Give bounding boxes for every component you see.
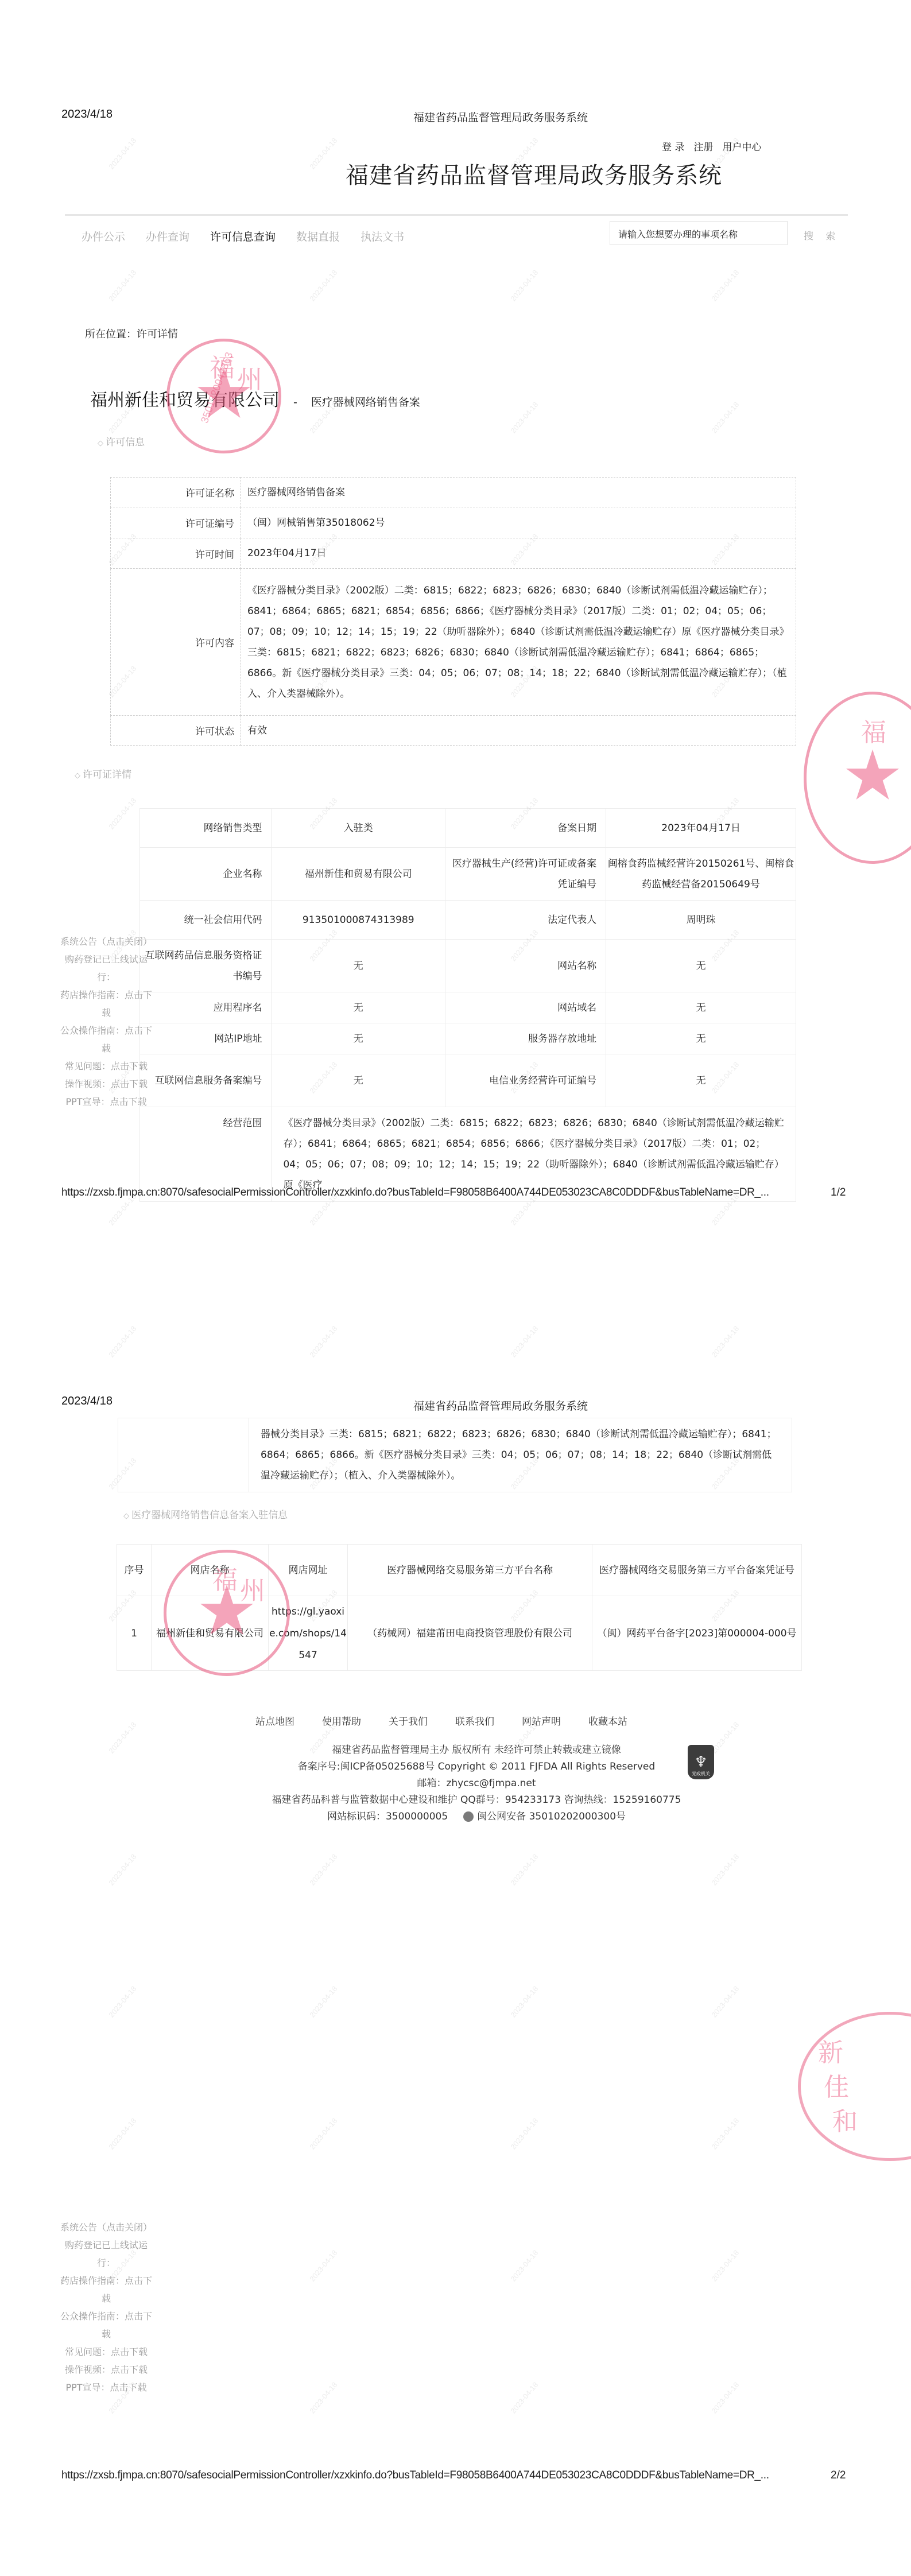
watermark: 2023-04-18 — [710, 400, 741, 435]
credit-code-label: 统一社会信用代码 — [140, 901, 272, 940]
watermark: 2023-04-18 — [710, 2248, 741, 2283]
legal-rep-value: 周明珠 — [606, 901, 796, 940]
domain-value: 无 — [606, 992, 796, 1023]
footer-link-statement[interactable]: 网站声明 — [522, 1713, 561, 1728]
footer-link-bookmark[interactable]: 收藏本站 — [588, 1713, 627, 1728]
watermark: 2023-04-18 — [509, 1984, 540, 2019]
license-date-label: 许可时间 — [111, 538, 241, 569]
company-name: 福州新佳和贸易有限公司 — [90, 386, 280, 411]
license-number-value: （闽）网械销售第35018062号 — [241, 507, 796, 538]
footer-info: 福建省药品监督管理局主办 版权所有 未经许可禁止转载或建立镜像 备案序号:闽IC… — [218, 1742, 735, 1825]
table-row: 许可证名称 医疗器械网络销售备案 — [111, 478, 796, 507]
watermark: 2023-04-18 — [308, 2380, 339, 2415]
watermark: 2023-04-18 — [107, 1720, 138, 1755]
watermark: 2023-04-18 — [509, 268, 540, 303]
business-license-value: 闽榕食药监械经营许20150261号、闽榕食药监械经营备20150649号 — [606, 848, 796, 901]
footer-icp: 备案序号:闽ICP备05025688号 Copyright © 2011 FJF… — [218, 1759, 735, 1775]
watermark: 2023-04-18 — [509, 2116, 540, 2151]
icp-filing-label: 互联网信息服务备案编号 — [140, 1054, 272, 1107]
page-heading: 福州新佳和贸易有限公司 - 医疗器械网络销售备案 — [90, 386, 420, 411]
credit-code-value: 913501000874313989 — [272, 901, 445, 940]
table-row: 应用程序名 无 网站域名 无 — [140, 992, 796, 1023]
top-links: 登 录 注册 用户中心 — [662, 139, 761, 153]
login-link[interactable]: 登 录 — [662, 139, 684, 153]
police-badge-icon — [463, 1811, 474, 1822]
app-name-label: 应用程序名 — [140, 992, 272, 1023]
watermark: 2023-04-18 — [107, 2116, 138, 2151]
print-footer-url-page2: https://zxsb.fjmpa.cn:8070/safesocialPer… — [61, 2469, 769, 2482]
filing-date-label: 备案日期 — [445, 809, 606, 848]
detail-table-continued: 器械分类目录》三类：6815；6821；6822；6823；6826；6830；… — [118, 1418, 792, 1492]
watermark: 2023-04-18 — [107, 796, 138, 831]
watermark: 2023-04-18 — [710, 268, 741, 303]
notice-faq[interactable]: 常见问题：点击下载 — [57, 2343, 155, 2361]
notice-item: 购药登记已上线试运行： — [57, 2236, 155, 2272]
website-name-label: 网站名称 — [445, 940, 606, 992]
print-page-number-page2: 2/2 — [831, 2469, 846, 2482]
license-content-value: 《医疗器械分类目录》（2002版）二类：6815；6822；6823；6826；… — [241, 569, 796, 716]
enterprise-name-value: 福州新佳和贸易有限公司 — [272, 848, 445, 901]
company-seal-stamp-edge-page2: 新 佳 和 — [798, 2012, 911, 2161]
enterprise-name-label: 企业名称 — [140, 848, 272, 901]
footer-maintainer: 福建省药品科普与监管数据中心建设和维护 QQ群号：954233173 咨询热线：… — [218, 1792, 735, 1809]
website-name-value: 无 — [606, 940, 796, 992]
watermark: 2023-04-18 — [509, 2248, 540, 2283]
watermark: 2023-04-18 — [107, 268, 138, 303]
notice-panel-page2: 系统公告（点击关闭） 购药登记已上线试运行： 药店操作指南：点击下载 公众操作指… — [57, 2218, 155, 2396]
table-row: 网络销售类型 入驻类 备案日期 2023年04月17日 — [140, 809, 796, 848]
footer-email: 邮箱：zhycsc@fjmpa.net — [218, 1775, 735, 1792]
info-service-cert-value: 无 — [272, 940, 445, 992]
watermark: 2023-04-18 — [308, 1852, 339, 1887]
table-row: 许可状态 有效 — [111, 716, 796, 746]
detail-table: 网络销售类型 入驻类 备案日期 2023年04月17日 企业名称 福州新佳和贸易… — [139, 808, 796, 1202]
license-name-label: 许可证名称 — [111, 478, 241, 507]
party-govt-badge-icon[interactable]: ♆ 党政机关 — [688, 1745, 714, 1779]
business-scope-value-continued: 器械分类目录》三类：6815；6821；6822；6823；6826；6830；… — [249, 1418, 792, 1492]
cell-platform-cert: （闽）网药平台备字[2023]第000004-000号 — [592, 1596, 802, 1671]
sales-type-label: 网络销售类型 — [140, 809, 272, 848]
telecom-license-value: 无 — [606, 1054, 796, 1107]
section-license-info: 许可信息 — [98, 434, 145, 448]
watermark: 2023-04-18 — [509, 1324, 540, 1359]
license-content-label: 许可内容 — [111, 569, 241, 716]
cell-shop-name: 福州新佳和贸易有限公司 — [152, 1596, 269, 1671]
watermark: 2023-04-18 — [710, 2380, 741, 2415]
nav-item-case-query[interactable]: 办件查询 — [146, 228, 189, 244]
table-row: 1 福州新佳和贸易有限公司 https://gl.yaoxie.com/shop… — [117, 1596, 802, 1671]
license-name-value: 医疗器械网络销售备案 — [241, 478, 796, 507]
nav-item-data-report[interactable]: 数据直报 — [296, 228, 340, 244]
license-table: 许可证名称 医疗器械网络销售备案 许可证编号 （闽）网械销售第35018062号… — [110, 477, 796, 746]
search-button[interactable]: 搜 索 — [804, 228, 840, 242]
table-row: 许可时间 2023年04月17日 — [111, 538, 796, 569]
table-row: 统一社会信用代码 913501000874313989 法定代表人 周明珠 — [140, 901, 796, 940]
section-license-detail: 许可证详情 — [75, 766, 131, 781]
watermark: 2023-04-18 — [509, 2380, 540, 2415]
watermark: 2023-04-18 — [107, 1324, 138, 1359]
license-type: 医疗器械网络销售备案 — [311, 394, 420, 409]
ip-label: 网站IP地址 — [140, 1023, 272, 1054]
search-input[interactable]: 请输入您想要办理的事项名称 — [610, 221, 788, 245]
notice-close[interactable]: 系统公告（点击关闭） — [57, 2218, 155, 2236]
col-header-shop-name: 网店名称 — [152, 1545, 269, 1596]
watermark: 2023-04-18 — [308, 136, 339, 171]
breadcrumb: 所在位置：许可详情 — [85, 326, 178, 341]
register-link[interactable]: 注册 — [693, 139, 713, 153]
license-date-value: 2023年04月17日 — [241, 538, 796, 569]
col-header-shop-url: 网店网址 — [269, 1545, 348, 1596]
police-record[interactable]: 闽公网安备 35010202000300号 — [477, 1811, 626, 1822]
print-page-number: 1/2 — [831, 1186, 846, 1199]
badge-label: 党政机关 — [692, 1771, 710, 1777]
server-address-label: 服务器存放地址 — [445, 1023, 606, 1054]
footer-link-sitemap[interactable]: 站点地图 — [255, 1713, 294, 1728]
notice-public-guide[interactable]: 公众操作指南：点击下载 — [57, 2307, 155, 2343]
table-row: 互联网药品信息服务资格证书编号 无 网站名称 无 — [140, 940, 796, 992]
watermark: 2023-04-18 — [308, 268, 339, 303]
license-status-label: 许可状态 — [111, 716, 241, 746]
print-header-title-page2: 福建省药品监督管理局政务服务系统 — [413, 1398, 588, 1413]
server-address-value: 无 — [606, 1023, 796, 1054]
footer-link-help[interactable]: 使用帮助 — [322, 1713, 361, 1728]
watermark: 2023-04-18 — [710, 1324, 741, 1359]
watermark: 2023-04-18 — [107, 1984, 138, 2019]
table-row: 互联网信息服务备案编号 无 电信业务经营许可证编号 无 — [140, 1054, 796, 1107]
print-date: 2023/4/18 — [61, 108, 113, 121]
table-row: 企业名称 福州新佳和贸易有限公司 医疗器械生产(经营)许可证或备案凭证编号 闽榕… — [140, 848, 796, 901]
ip-value: 无 — [272, 1023, 445, 1054]
license-status-value: 有效 — [241, 716, 796, 746]
notice-video[interactable]: 操作视频：点击下载 — [57, 2361, 155, 2379]
footer-codes: 网站标识码：3500000005 闽公网安备 35010202000300号 — [218, 1809, 735, 1825]
footer-link-contact[interactable]: 联系我们 — [455, 1713, 494, 1728]
cell-platform-name: （药械网）福建莆田电商投资管理股份有限公司 — [348, 1596, 592, 1671]
nav-item-enforcement-docs[interactable]: 执法文书 — [360, 228, 404, 244]
user-center-link[interactable]: 用户中心 — [722, 139, 761, 153]
icp-filing-value: 无 — [272, 1054, 445, 1107]
watermark: 2023-04-18 — [710, 2116, 741, 2151]
watermark: 2023-04-18 — [509, 1852, 540, 1887]
shop-table: 序号 网店名称 网店网址 医疗器械网络交易服务第三方平台名称 医疗器械网络交易服… — [117, 1544, 802, 1671]
watermark: 2023-04-18 — [107, 136, 138, 171]
footer-copyright: 福建省药品监督管理局主办 版权所有 未经许可禁止转载或建立镜像 — [218, 1742, 735, 1759]
table-header-row: 序号 网店名称 网店网址 医疗器械网络交易服务第三方平台名称 医疗器械网络交易服… — [117, 1545, 802, 1596]
license-number-label: 许可证编号 — [111, 507, 241, 538]
telecom-license-label: 电信业务经营许可证编号 — [445, 1054, 606, 1107]
filing-date-value: 2023年04月17日 — [606, 809, 796, 848]
notice-ppt[interactable]: PPT宣导：点击下载 — [57, 2379, 155, 2396]
table-row: 许可内容 《医疗器械分类目录》（2002版）二类：6815；6822；6823；… — [111, 569, 796, 716]
site-code: 网站标识码：3500000005 — [327, 1811, 448, 1822]
app-name-value: 无 — [272, 992, 445, 1023]
site-title: 福建省药品监督管理局政务服务系统 — [346, 157, 722, 190]
notice-pharmacy-guide[interactable]: 药店操作指南：点击下载 — [57, 2272, 155, 2307]
print-footer-url: https://zxsb.fjmpa.cn:8070/safesocialPer… — [61, 1186, 769, 1199]
col-header-index: 序号 — [117, 1545, 152, 1596]
sales-type-value: 入驻类 — [272, 809, 445, 848]
watermark: 2023-04-18 — [710, 1852, 741, 1887]
business-license-label: 医疗器械生产(经营)许可证或备案凭证编号 — [445, 848, 606, 901]
nav-item-license-query[interactable]: 许可信息查询 — [210, 228, 276, 244]
nav-item-case-publicity[interactable]: 办件公示 — [82, 228, 125, 244]
table-row: 许可证编号 （闽）网械销售第35018062号 — [111, 507, 796, 538]
heading-separator: - — [293, 396, 297, 409]
section-shop-info: 医疗器械网络销售信息备案入驻信息 — [123, 1507, 288, 1521]
print-date-page2: 2023/4/18 — [61, 1395, 113, 1408]
empty-cell — [118, 1418, 249, 1492]
legal-rep-label: 法定代表人 — [445, 901, 606, 940]
col-header-platform-cert: 医疗器械网络交易服务第三方平台备案凭证号 — [592, 1545, 802, 1596]
seal-star-icon: ★ — [842, 736, 904, 816]
watermark: 2023-04-18 — [308, 2248, 339, 2283]
footer-links: 站点地图 使用帮助 关于我们 联系我们 网站声明 收藏本站 — [255, 1713, 627, 1728]
watermark: 2023-04-18 — [107, 1852, 138, 1887]
footer-link-about[interactable]: 关于我们 — [389, 1713, 428, 1728]
table-row: 器械分类目录》三类：6815；6821；6822；6823；6826；6830；… — [118, 1418, 792, 1492]
watermark: 2023-04-18 — [308, 2116, 339, 2151]
cell-index: 1 — [117, 1596, 152, 1671]
main-nav: 办件公示 办件查询 许可信息查询 数据直报 执法文书 — [82, 228, 404, 244]
print-header-title: 福建省药品监督管理局政务服务系统 — [413, 109, 588, 125]
watermark: 2023-04-18 — [710, 1984, 741, 2019]
cell-shop-url[interactable]: https://gl.yaoxie.com/shops/14547 — [269, 1596, 348, 1671]
col-header-platform-name: 医疗器械网络交易服务第三方平台名称 — [348, 1545, 592, 1596]
table-row: 网站IP地址 无 服务器存放地址 无 — [140, 1023, 796, 1054]
header-divider — [65, 214, 848, 216]
watermark: 2023-04-18 — [308, 1324, 339, 1359]
info-service-cert-label: 互联网药品信息服务资格证书编号 — [140, 940, 272, 992]
watermark: 2023-04-18 — [509, 400, 540, 435]
domain-label: 网站域名 — [445, 992, 606, 1023]
company-seal-stamp-edge: ★ 福 — [804, 692, 911, 864]
watermark: 2023-04-18 — [308, 1984, 339, 2019]
